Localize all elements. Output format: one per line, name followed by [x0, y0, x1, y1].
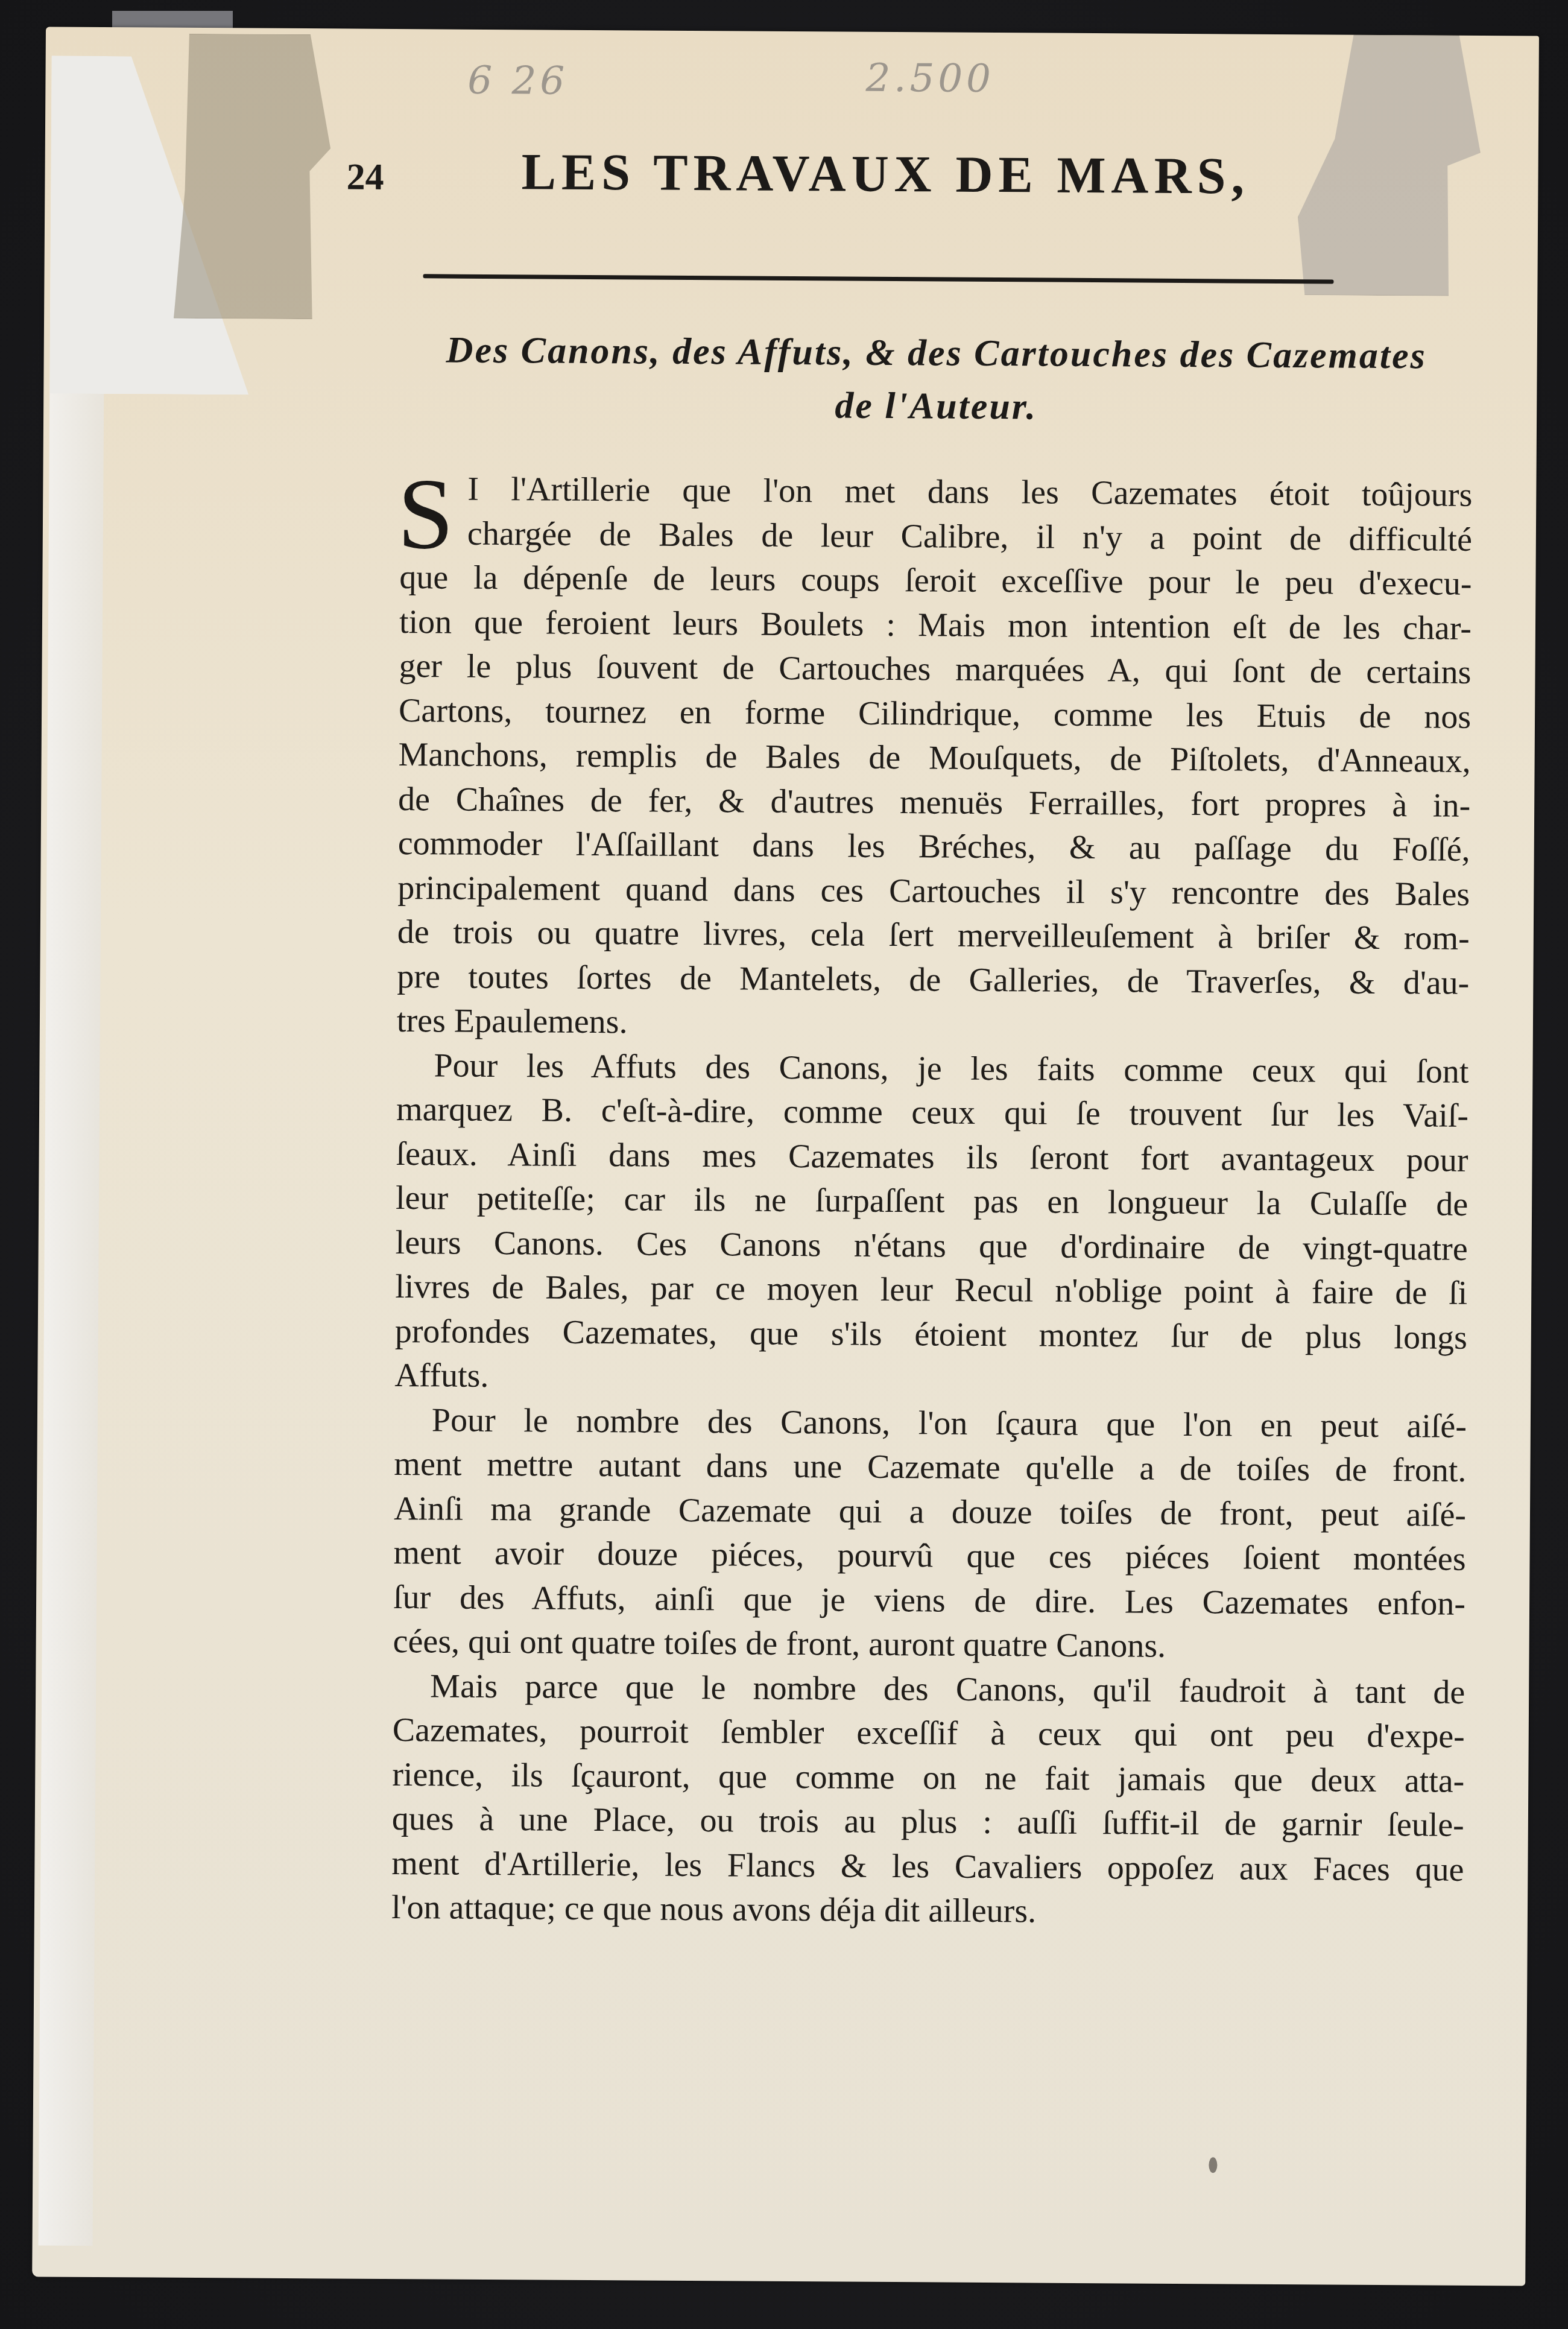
text-line: I l'Artillerie que l'on met dans les Caz…: [400, 467, 1472, 518]
section-title-line-2: de l'Auteur.: [381, 376, 1491, 436]
pencil-note-reference: 6 26: [467, 59, 568, 104]
hinge-tape-left: [174, 34, 349, 320]
text-line: ger le plus ſouvent de Cartouches marqué…: [399, 644, 1471, 695]
header-rule: [423, 274, 1333, 284]
text-line: rience, ils ſçauront, que comme on ne fa…: [392, 1753, 1464, 1804]
text-line: que la dépenſe de leurs coups ſeroit exc…: [399, 556, 1472, 606]
text-line: pre toutes ſortes de Mantelets, de Galle…: [397, 955, 1469, 1006]
text-line: profondes Cazemates, que s'ils étoient m…: [395, 1310, 1467, 1360]
text-line: de trois ou quatre livres, cela ſert mer…: [397, 910, 1470, 961]
text-line: ment d'Artillerie, les Flancs & les Cava…: [391, 1841, 1464, 1892]
text-line: tion que feroient leurs Boulets : Mais m…: [399, 600, 1472, 651]
text-line: leur petiteſſe; car ils ne ſurpaſſent pa…: [396, 1176, 1468, 1227]
text-line: Mais parce que le nombre des Canons, qu'…: [393, 1664, 1465, 1715]
pencil-note-price: 2.500: [865, 56, 994, 101]
text-line: marquez B. c'eſt-à-dire, comme ceux qui …: [396, 1088, 1468, 1138]
section-title-line-1: Des Canons, des Affuts, & des Cartouches…: [381, 323, 1491, 383]
running-head: 24 LES TRAVAUX DE MARS,: [347, 140, 1372, 146]
text-line: ſeaux. Ainſi dans mes Cazemates ils ſero…: [396, 1132, 1468, 1183]
text-line: ſur des Affuts, ainſi que je viens de di…: [393, 1576, 1465, 1626]
text-line: Pour les Affuts des Canons, je les faits…: [396, 1044, 1468, 1094]
hinge-tape-right: [1297, 34, 1481, 296]
text-line: tres Epaulemens.: [397, 999, 1469, 1050]
text-line: Manchons, remplis de Bales de Mouſquets,…: [398, 733, 1470, 784]
text-line: de Chaînes de fer, & d'autres menuës Fer…: [398, 778, 1470, 828]
ink-spot: [1209, 2157, 1217, 2173]
body-text: S I l'Artillerie que l'on met dans les C…: [391, 467, 1473, 1936]
printed-page: 6 26 2.500 24 LES TRAVAUX DE MARS, Des C…: [32, 27, 1539, 2286]
section-title: Des Canons, des Affuts, & des Cartouches…: [381, 323, 1491, 436]
scan-background: 6 26 2.500 24 LES TRAVAUX DE MARS, Des C…: [0, 0, 1568, 2329]
text-line: chargée de Bales de leur Calibre, il n'y…: [400, 512, 1472, 562]
text-line: livres de Bales, par ce moyen leur Recul…: [395, 1265, 1467, 1316]
text-line: leurs Canons. Ces Canons n'étans que d'o…: [395, 1221, 1467, 1272]
text-line: ment avoir douze piéces, pourvû que ces …: [393, 1531, 1465, 1582]
text-line: Ainſi ma grande Cazemate qui a douze toi…: [394, 1487, 1466, 1538]
text-line: Cartons, tournez en forme Cilindrique, c…: [399, 689, 1471, 740]
text-line: Cazemates, pourroit ſembler exceſſif à c…: [393, 1708, 1465, 1759]
text-line: commoder l'Aſſaillant dans les Bréches, …: [398, 822, 1470, 872]
text-line: cées, qui ont quatre toiſes de front, au…: [393, 1620, 1465, 1670]
drop-cap: S: [397, 472, 454, 557]
book-title: LES TRAVAUX DE MARS,: [521, 141, 1250, 206]
text-line: Affuts.: [394, 1354, 1467, 1404]
text-line: principalement quand dans ces Cartouches…: [397, 866, 1470, 917]
page-number: 24: [346, 156, 384, 198]
text-line: Pour le nombre des Canons, l'on ſçaura q…: [394, 1398, 1467, 1449]
text-line: ment mettre autant dans une Cazemate qu'…: [394, 1442, 1466, 1493]
text-line: ques à une Place, ou trois au plus : auſ…: [392, 1797, 1464, 1848]
text-line: l'on attaque; ce que nous avons déja dit…: [391, 1886, 1464, 1936]
